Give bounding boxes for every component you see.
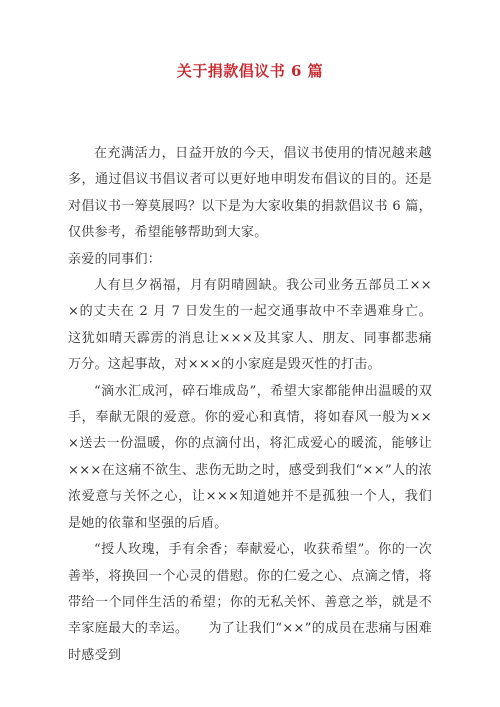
body-paragraph: 人有旦夕祸福，月有阴晴圆缺。我公司业务五部员工×××的丈夫在 2 月 7 日发生… — [68, 273, 432, 379]
body-paragraph: “授人玫瑰，手有余香；奉献爱心，收获希望”。你的一次善举，将换回一个心灵的借慰。… — [68, 537, 432, 669]
intro-paragraph: 在充满活力，日益开放的今天，倡议书使用的情况越来越多，通过倡议书倡议者可以更好地… — [68, 141, 432, 247]
salutation-line: 亲爱的同事们： — [68, 247, 432, 273]
body-paragraph: “滴水汇成河，碎石堆成岛”，希望大家都能伸出温暖的双手，奉献无限的爱意。你的爱心… — [68, 379, 432, 537]
document-page: 关于捐款倡议书 6 篇 在充满活力，日益开放的今天，倡议书使用的情况越来越多，通… — [0, 0, 500, 707]
page-title: 关于捐款倡议书 6 篇 — [68, 58, 432, 84]
